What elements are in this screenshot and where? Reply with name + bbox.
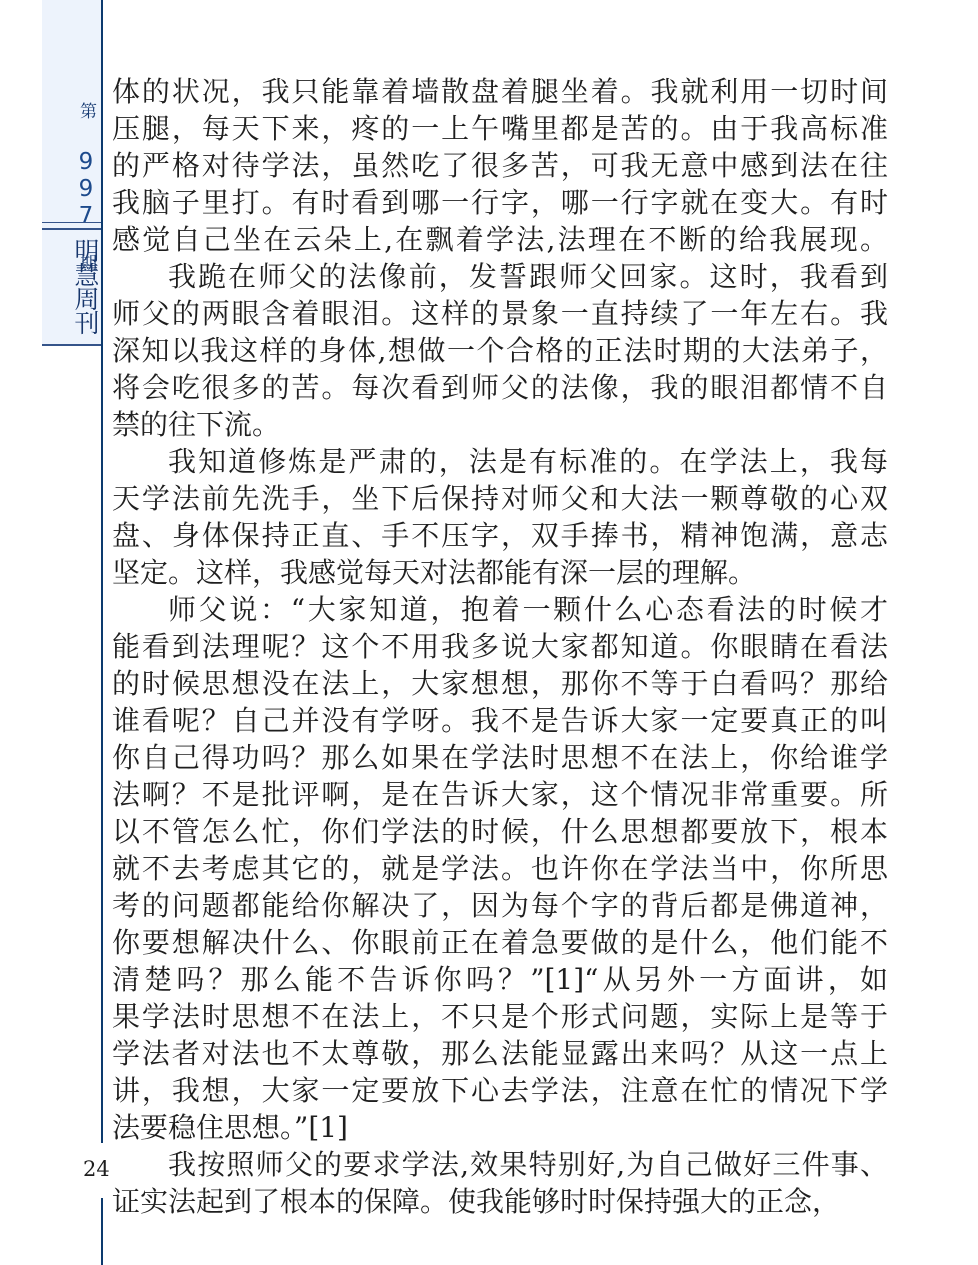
margin-rule-top bbox=[101, 0, 103, 1143]
text-line: 清楚吗？那么能不告诉你吗？”[1]“从另外一方面讲，如 bbox=[112, 961, 888, 998]
text-line: 证实法起到了根本的保障。使我能够时时保持强大的正念， bbox=[112, 1183, 888, 1220]
text-line: 能看到法理呢？这个不用我多说大家都知道。你眼睛在看法 bbox=[112, 628, 888, 665]
text-line: 压腿，每天下来，疼的一上午嘴里都是苦的。由于我高标准 bbox=[112, 110, 888, 147]
paragraph: 我按照师父的要求学法,效果特别好,为自己做好三件事、 证实法起到了根本的保障。使… bbox=[112, 1146, 888, 1220]
text-line: 师父说：“大家知道，抱着一颗什么心态看法的时候才 bbox=[112, 591, 888, 628]
issue-prefix: 第 bbox=[76, 102, 96, 123]
text-line: 坚定。这样，我感觉每天对法都能有深一层的理解。 bbox=[112, 554, 888, 591]
text-line: 感觉自己坐在云朵上,在飘着学法,法理在不断的给我展现。 bbox=[112, 221, 888, 258]
text-line: 考的问题都能给你解决了，因为每个字的背后都是佛道神， bbox=[112, 887, 888, 924]
text-line: 法啊？不是批评啊，是在告诉大家，这个情况非常重要。所 bbox=[112, 776, 888, 813]
text-line: 果学法时思想不在法上，不只是个形式问题，实际上是等于 bbox=[112, 998, 888, 1035]
text-line: 谁看呢？自己并没有学呀。我不是告诉大家一定要真正的叫 bbox=[112, 702, 888, 739]
text-line: 就不去考虑其它的，就是学法。也许你在学法当中，你所思 bbox=[112, 850, 888, 887]
margin-rule-bottom bbox=[101, 1198, 103, 1265]
text-line: 法要稳住思想。”[1] bbox=[112, 1109, 888, 1146]
issue-number: 997 bbox=[73, 149, 99, 230]
text-line: 我跪在师父的法像前，发誓跟师父回家。这时，我看到 bbox=[112, 258, 888, 295]
article-text: 体的状况，我只能靠着墙散盘着腿坐着。我就利用一切时间 压腿，每天下来，疼的一上午… bbox=[112, 73, 888, 1220]
paragraph: 师父说：“大家知道，抱着一颗什么心态看法的时候才 能看到法理呢？这个不用我多说大… bbox=[112, 591, 888, 1146]
text-line: 体的状况，我只能靠着墙散盘着腿坐着。我就利用一切时间 bbox=[112, 73, 888, 110]
text-line: 我按照师父的要求学法,效果特别好,为自己做好三件事、 bbox=[112, 1146, 888, 1183]
text-line: 深知以我这样的身体,想做一个合格的正法时期的大法弟子， bbox=[112, 332, 888, 369]
text-line: 讲，我想，大家一定要放下心去学法，注意在忙的情况下学 bbox=[112, 1072, 888, 1109]
magazine-page: 第 997 期 明慧周刊 24 体的状况，我只能靠着墙散盘着腿坐着。我就利用一切… bbox=[0, 0, 978, 1265]
text-line: 的时候思想没在法上，大家想想，那你不等于白看吗？那给 bbox=[112, 665, 888, 702]
text-line: 我脑子里打。有时看到哪一行字，哪一行字就在变大。有时 bbox=[112, 184, 888, 221]
text-line: 师父的两眼含着眼泪。这样的景象一直持续了一年左右。我 bbox=[112, 295, 888, 332]
issue-sidebar: 第 997 期 明慧周刊 bbox=[42, 0, 102, 346]
text-line: 你要想解决什么、你眼前正在着急要做的是什么，他们能不 bbox=[112, 924, 888, 961]
text-line: 学法者对法也不太尊敬，那么法能显露出来吗？从这一点上 bbox=[112, 1035, 888, 1072]
page-number: 24 bbox=[83, 1157, 110, 1181]
text-line: 盘、身体保持正直、手不压字，双手捧书，精神饱满，意志 bbox=[112, 517, 888, 554]
paragraph: 体的状况，我只能靠着墙散盘着腿坐着。我就利用一切时间 压腿，每天下来，疼的一上午… bbox=[112, 73, 888, 258]
text-line: 天学法前先洗手，坐下后保持对师父和大法一颗尊敬的心双 bbox=[112, 480, 888, 517]
text-line: 将会吃很多的苦。每次看到师父的法像，我的眼泪都情不自 bbox=[112, 369, 888, 406]
paragraph: 我知道修炼是严肃的，法是有标准的。在学法上，我每 天学法前先洗手，坐下后保持对师… bbox=[112, 443, 888, 591]
text-line: 你自己得功吗？那么如果在学法时思想不在法上，你给谁学 bbox=[112, 739, 888, 776]
text-line: 我知道修炼是严肃的，法是有标准的。在学法上，我每 bbox=[112, 443, 888, 480]
text-line: 以不管怎么忙，你们学法的时候，什么思想都要放下，根本 bbox=[112, 813, 888, 850]
text-line: 的严格对待学法，虽然吃了很多苦，可我无意中感到法在往 bbox=[112, 147, 888, 184]
separator-double-line bbox=[42, 222, 102, 230]
paragraph: 我跪在师父的法像前，发誓跟师父回家。这时，我看到 师父的两眼含着眼泪。这样的景象… bbox=[112, 258, 888, 443]
text-line: 禁的往下流。 bbox=[112, 406, 888, 443]
journal-name: 明慧周刊 bbox=[73, 238, 98, 334]
